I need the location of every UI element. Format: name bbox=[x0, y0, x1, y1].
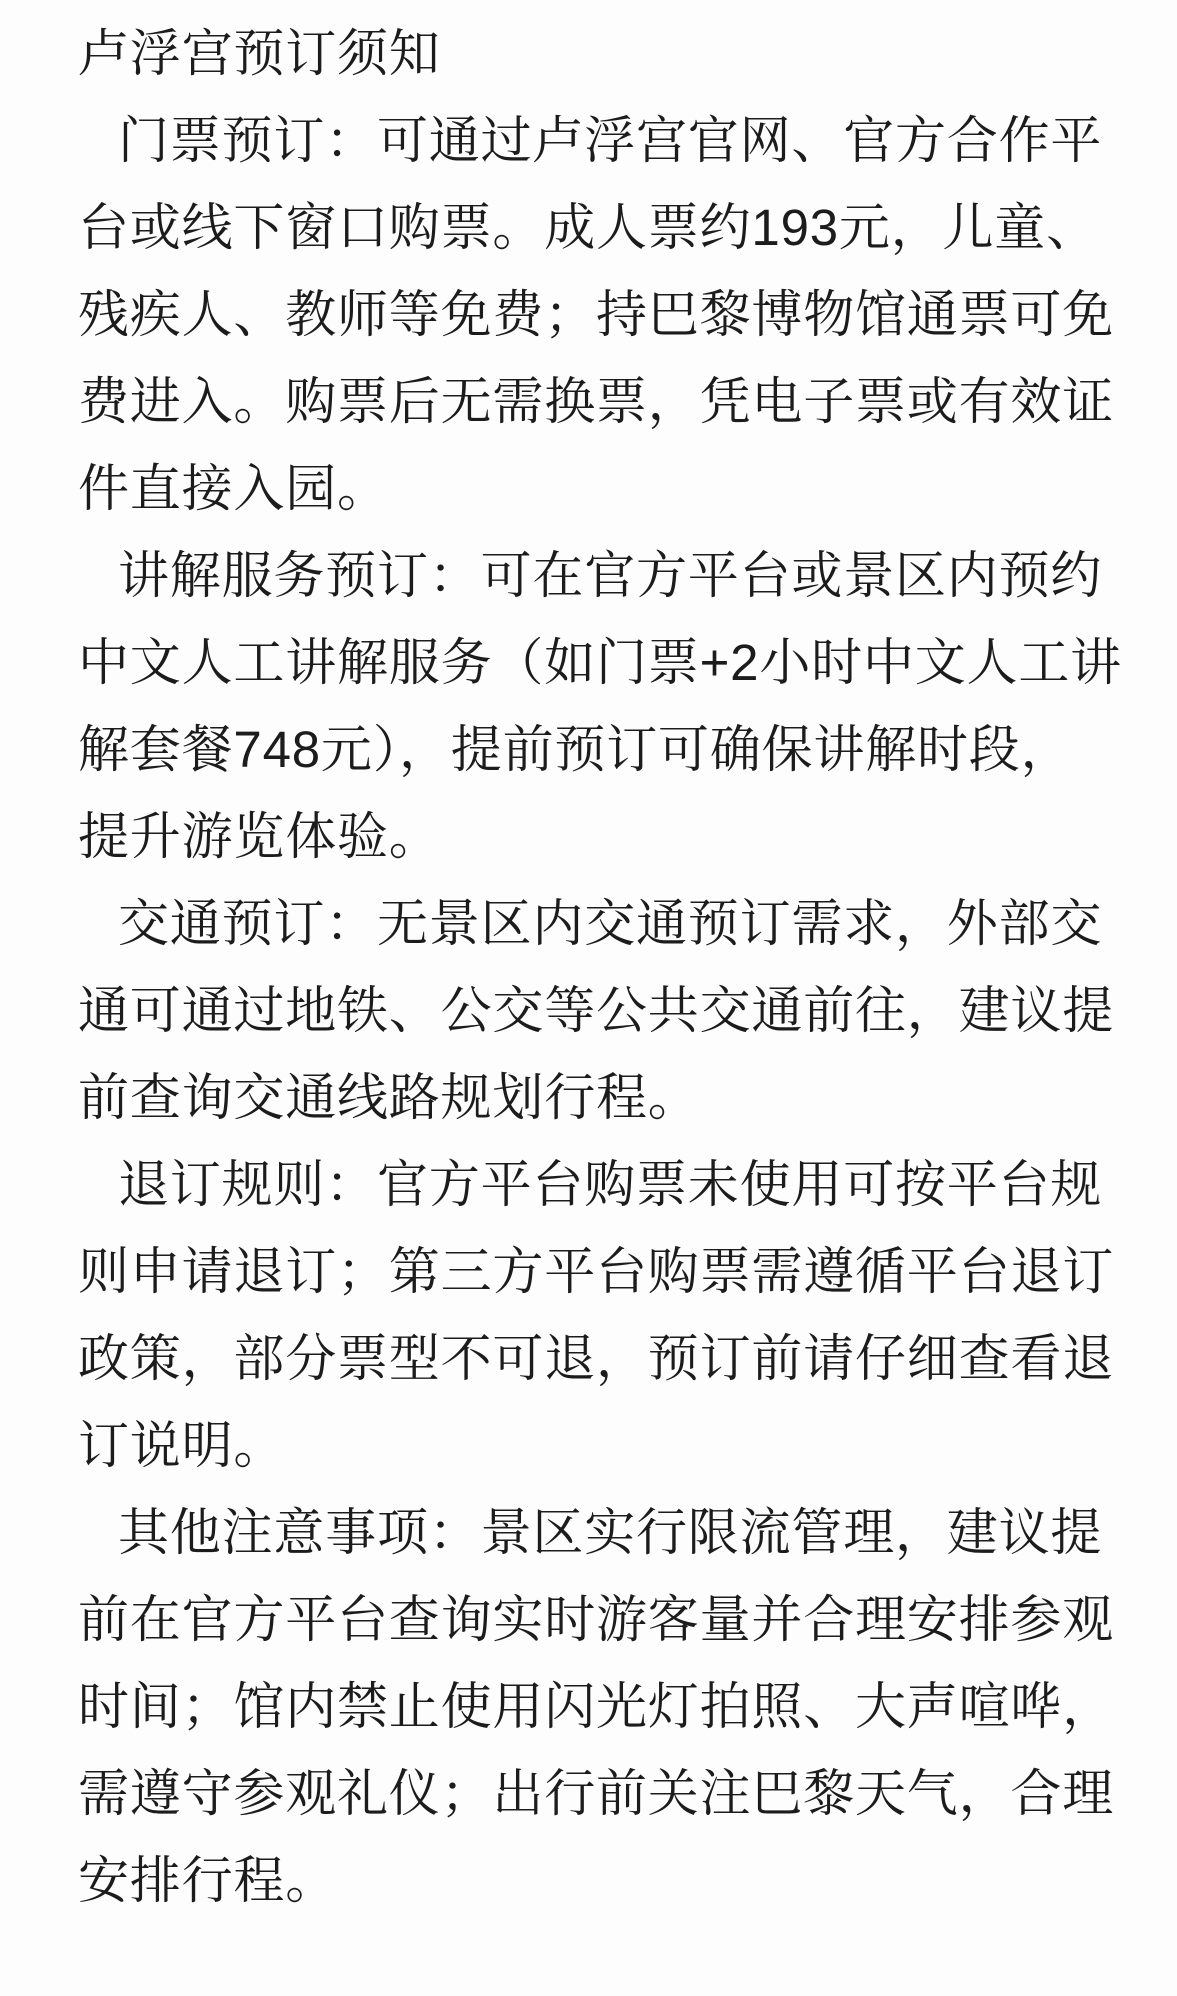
text-line: 解套餐748元），提前预订可确保讲解时段， bbox=[78, 706, 1121, 793]
text-line: 需遵守参观礼仪；出行前关注巴黎天气，合理 bbox=[78, 1750, 1121, 1837]
paragraph-refund-policy: 退订规则：官方平台购票未使用可按平台规则申请退订；第三方平台购票需遵循平台退订政… bbox=[78, 1141, 1121, 1489]
paragraph-other-notes: 其他注意事项：景区实行限流管理，建议提前在官方平台查询实时游客量并合理安排参观时… bbox=[78, 1489, 1121, 1924]
text-line: 退订规则：官方平台购票未使用可按平台规 bbox=[78, 1141, 1121, 1228]
text-line: 台或线下窗口购票。成人票约193元，儿童、 bbox=[78, 184, 1121, 271]
text-line: 安排行程。 bbox=[78, 1837, 1121, 1924]
text-line: 交通预订：无景区内交通预订需求，外部交 bbox=[78, 880, 1121, 967]
text-line: 费进入。购票后无需换票，凭电子票或有效证 bbox=[78, 358, 1121, 445]
text-line: 通可通过地铁、公交等公共交通前往，建议提 bbox=[78, 967, 1121, 1054]
paragraph-ticket-booking: 门票预订：可通过卢浮宫官网、官方合作平台或线下窗口购票。成人票约193元，儿童、… bbox=[78, 97, 1121, 532]
paragraph-guide-service-booking: 讲解服务预订：可在官方平台或景区内预约中文人工讲解服务（如门票+2小时中文人工讲… bbox=[78, 532, 1121, 880]
text-line: 时间；馆内禁止使用闪光灯拍照、大声喧哗， bbox=[78, 1663, 1121, 1750]
text-line: 前查询交通线路规划行程。 bbox=[78, 1054, 1121, 1141]
document-page: 卢浮宫预订须知 门票预订：可通过卢浮宫官网、官方合作平台或线下窗口购票。成人票约… bbox=[0, 0, 1177, 1996]
text-line: 其他注意事项：景区实行限流管理，建议提 bbox=[78, 1489, 1121, 1576]
text-line: 提升游览体验。 bbox=[78, 793, 1121, 880]
text-line: 中文人工讲解服务（如门票+2小时中文人工讲 bbox=[78, 619, 1121, 706]
text-line: 则申请退订；第三方平台购票需遵循平台退订 bbox=[78, 1228, 1121, 1315]
text-line: 讲解服务预订：可在官方平台或景区内预约 bbox=[78, 532, 1121, 619]
text-line: 门票预订：可通过卢浮宫官网、官方合作平 bbox=[78, 97, 1121, 184]
text-line: 残疾人、教师等免费；持巴黎博物馆通票可免 bbox=[78, 271, 1121, 358]
paragraph-transport-booking: 交通预订：无景区内交通预订需求，外部交通可通过地铁、公交等公共交通前往，建议提前… bbox=[78, 880, 1121, 1141]
text-line: 订说明。 bbox=[78, 1402, 1121, 1489]
document-body: 门票预订：可通过卢浮宫官网、官方合作平台或线下窗口购票。成人票约193元，儿童、… bbox=[78, 97, 1121, 1924]
text-line: 前在官方平台查询实时游客量并合理安排参观 bbox=[78, 1576, 1121, 1663]
text-line: 政策，部分票型不可退，预订前请仔细查看退 bbox=[78, 1315, 1121, 1402]
page-title: 卢浮宫预订须知 bbox=[78, 10, 1121, 97]
text-line: 件直接入园。 bbox=[78, 445, 1121, 532]
